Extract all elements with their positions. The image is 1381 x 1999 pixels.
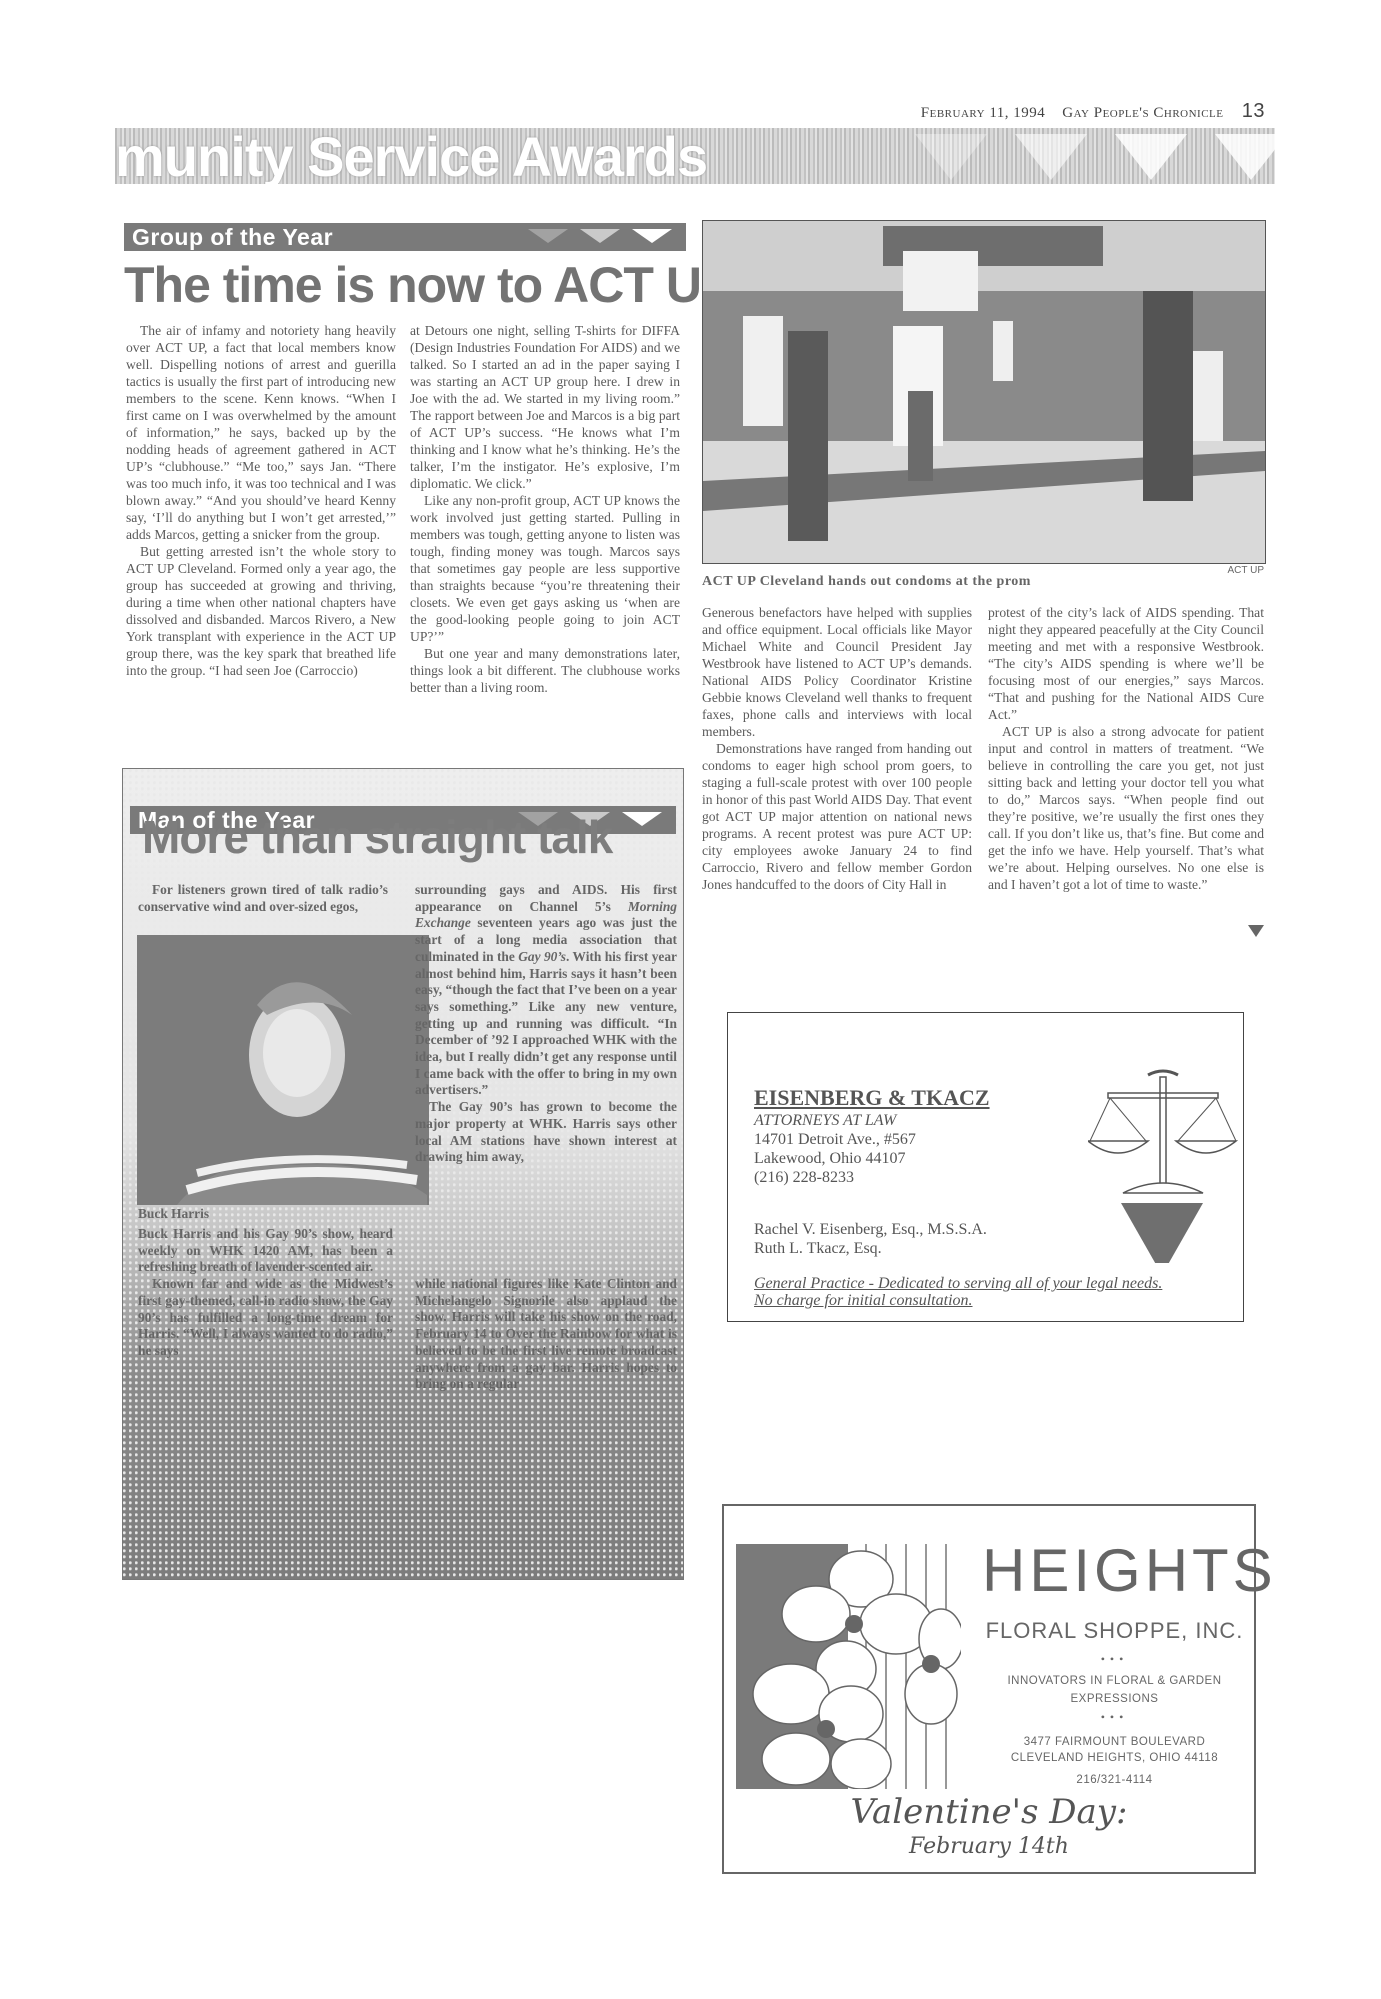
show-title: Gay 90’s xyxy=(518,949,566,964)
portrait-image xyxy=(137,935,429,1205)
page-number: 13 xyxy=(1242,100,1265,122)
kicker-triangles xyxy=(528,229,672,243)
kicker-label: Group of the Year xyxy=(132,224,333,250)
photo-caption: ACT UP Cleveland hands out condoms at th… xyxy=(702,574,1162,590)
firm-tagline: General Practice - Dedicated to serving … xyxy=(754,1275,1184,1309)
paragraph: The Gay 90’s has grown to become the maj… xyxy=(415,1099,677,1166)
florist-address: 3477 FAIRMOUNT BOULEVARD CLEVELAND HEIGH… xyxy=(982,1734,1247,1788)
flower-illustration xyxy=(736,1544,961,1789)
article-column-1: The air of infamy and notoriety hang hea… xyxy=(126,322,396,679)
paragraph: Like any non-profit group, ACT UP knows … xyxy=(410,492,680,645)
paragraph: Generous benefactors have helped with su… xyxy=(702,604,972,740)
attorney-name: Ruth L. Tkacz, Esq. xyxy=(754,1239,987,1258)
slogan-line: INNOVATORS IN FLORAL & GARDEN xyxy=(982,1672,1247,1690)
firm-subtitle: ATTORNEYS AT LAW xyxy=(754,1113,896,1129)
article-column-2: at Detours one night, selling T-shirts f… xyxy=(410,322,680,696)
article-column-3: Generous benefactors have helped with su… xyxy=(702,604,972,893)
buck-harris-photo xyxy=(137,935,429,1205)
address-line: 3477 FAIRMOUNT BOULEVARD xyxy=(982,1734,1247,1750)
section-banner: munity Service Awards xyxy=(115,128,1275,184)
florist-name: HEIGHTS xyxy=(982,1536,1247,1605)
paragraph: But one year and many demonstrations lat… xyxy=(410,645,680,696)
triangle-icon xyxy=(580,229,620,243)
man-right-lower: while national figures like Kate Clinton… xyxy=(415,1276,677,1393)
headline-act-up: The time is now to ACT UP xyxy=(124,256,733,314)
protest-photo xyxy=(702,220,1266,564)
divider-dots: ••• xyxy=(982,1652,1247,1667)
address-line: CLEVELAND HEIGHTS, OHIO 44118 xyxy=(982,1750,1247,1766)
triangle-icon xyxy=(1015,134,1087,180)
photo-credit: ACT UP xyxy=(1170,565,1264,576)
man-left-lower: Buck Harris and his Gay 90’s show, heard… xyxy=(138,1226,393,1360)
phone-number: (216) 228-8233 xyxy=(754,1168,916,1187)
paragraph: Known far and wide as the Midwest’s firs… xyxy=(138,1276,393,1360)
slogan-line: EXPRESSIONS xyxy=(982,1690,1247,1708)
attorney-name: Rachel V. Eisenberg, Esq., M.S.S.A. xyxy=(754,1220,987,1239)
article-column-4: protest of the city’s lack of AIDS spend… xyxy=(988,604,1264,893)
triangle-icon xyxy=(622,812,662,826)
firm-address: 14701 Detroit Ave., #567 Lakewood, Ohio … xyxy=(754,1130,916,1187)
promo-date: February 14th xyxy=(724,1834,1254,1859)
ad-eisenberg-tkacz: EISENBERG & TKACZ ATTORNEYS AT LAW 14701… xyxy=(727,1012,1244,1322)
paragraph: The air of infamy and notoriety hang hea… xyxy=(126,322,396,543)
triangle-icon xyxy=(915,134,987,180)
man-intro-left: For listeners grown tired of talk radio’… xyxy=(138,882,388,915)
florist-slogan: INNOVATORS IN FLORAL & GARDEN EXPRESSION… xyxy=(982,1672,1247,1708)
ad-heights-floral: HEIGHTS FLORAL SHOPPE, INC. ••• INNOVATO… xyxy=(722,1504,1256,1874)
phone-number: 216/321-4114 xyxy=(982,1772,1247,1788)
florist-subname: FLORAL SHOPPE, INC. xyxy=(982,1618,1247,1644)
paragraph: ACT UP is also a strong advocate for pat… xyxy=(988,723,1264,893)
triangle-icon xyxy=(1115,134,1187,180)
photo-caption-buck-harris: Buck Harris xyxy=(138,1206,288,1223)
attorneys: Rachel V. Eisenberg, Esq., M.S.S.A. Ruth… xyxy=(754,1220,987,1258)
promo-headline: Valentine's Day: xyxy=(724,1792,1254,1832)
protest-photo-image xyxy=(703,221,1265,563)
publication-name: Gay People's Chronicle xyxy=(1062,105,1223,121)
paragraph: protest of the city’s lack of AIDS spend… xyxy=(988,604,1264,723)
man-right-column: surrounding gays and AIDS. His first app… xyxy=(415,882,677,1166)
paragraph: at Detours one night, selling T-shirts f… xyxy=(410,322,680,492)
paragraph: Buck Harris and his Gay 90’s show, heard… xyxy=(138,1226,393,1276)
address-line: Lakewood, Ohio 44107 xyxy=(754,1149,916,1168)
firm-name-text: EISENBERG & TKACZ xyxy=(754,1085,990,1110)
page-folio: February 11, 1994 Gay People's Chronicle… xyxy=(820,100,1265,123)
paragraph: But getting arrested isn’t the whole sto… xyxy=(126,543,396,679)
end-mark-icon xyxy=(1248,925,1264,937)
paragraph: Demonstrations have ranged from handing … xyxy=(702,740,972,893)
triangle-icon xyxy=(632,229,672,243)
triangle-icon xyxy=(528,229,568,243)
divider-dots: ••• xyxy=(982,1710,1247,1725)
headline-straight-talk: More than straight talk xyxy=(142,810,612,864)
scales-of-justice-icon xyxy=(1088,1063,1238,1263)
firm-name: EISENBERG & TKACZ xyxy=(754,1085,990,1111)
issue-date: February 11, 1994 xyxy=(921,105,1046,121)
banner-title: munity Service Awards xyxy=(115,128,707,184)
text-run: . With his first year almost behind him,… xyxy=(415,949,677,1098)
triangle-icon xyxy=(1215,134,1275,180)
kicker-group-of-year: Group of the Year xyxy=(124,223,686,251)
address-line: 14701 Detroit Ave., #567 xyxy=(754,1130,916,1149)
